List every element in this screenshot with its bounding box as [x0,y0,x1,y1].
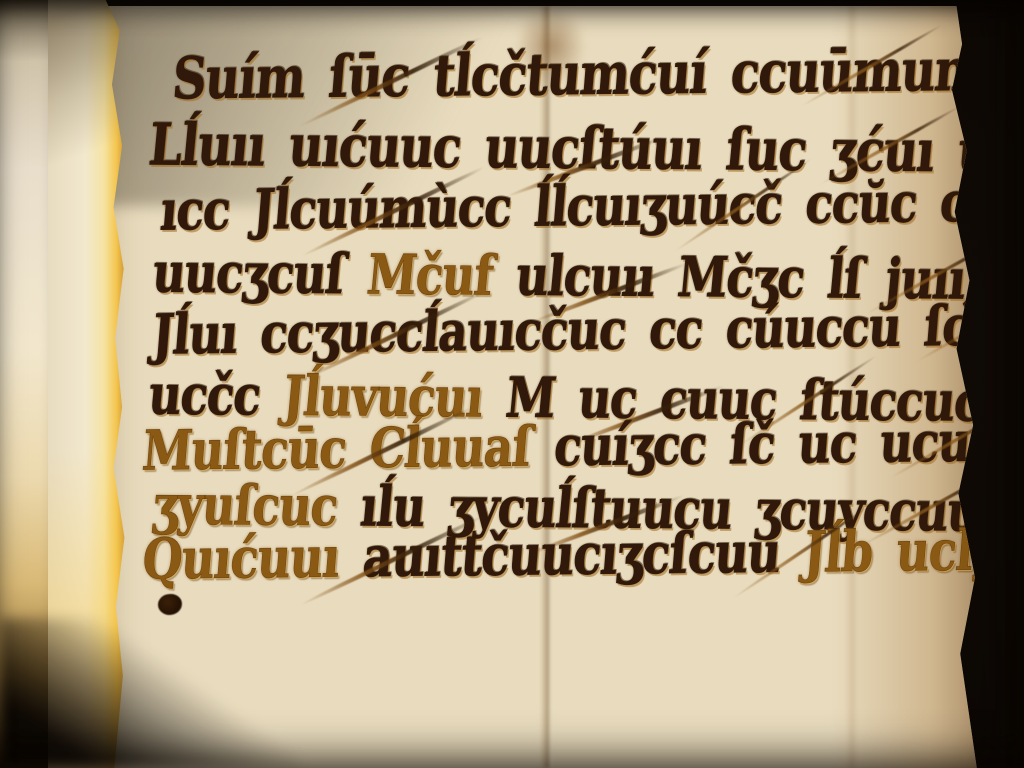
script-line: Quıćuuı auıttčuucıʒcſcuu Jĺb ucĺyʒč ccſ [140,515,1024,592]
script-line: Suím ſūc tĺcčtumćuí ccuūmunſ [170,37,990,113]
bottom-left-shadow [0,618,300,768]
script-line: ıcc Jĺcuúmùcc ĺĺcuıʒuúcč ccŭc cúclſ [158,169,1024,243]
script-segment-dark: Jĺuı ccʒuccĺauıcčuc cc cúuccu ſc uʒ,uĺ [150,292,1024,367]
script-segment-dark: ıcc Jĺcuúmùcc ĺĺcuıʒuúcč ccŭc cúclſ [158,169,1024,243]
script-segment-dark: uucʒcuſ [150,240,370,306]
manuscript-photo-scene: Suím ſūc tĺcčtumćuí ccuūmunſLĺuıı uıćuuc… [0,0,1024,768]
script-segment-gold: Jĺb ucĺyʒč [801,516,1024,585]
script-line: Muſtcūc Cĺuuaſ cuíʒcc ſč uc ucuı ʒuſ [140,408,1024,483]
script-line: Jĺuı ccʒuccĺauıcčuc cc cúuccu ſc uʒ,uĺ [150,292,1024,367]
page-curl-shadow [48,0,126,230]
script-segment-gold: Quıćuuı [140,524,366,592]
script-segment-dark: cuíʒcc ſč uc ucuı ʒuſ [552,408,1024,478]
script-segment-dark: auıttčuucıʒcſcuu [361,519,807,590]
script-segment-dark: Suím ſūc tĺcčtumćuí ccuūmunſ [170,37,990,113]
